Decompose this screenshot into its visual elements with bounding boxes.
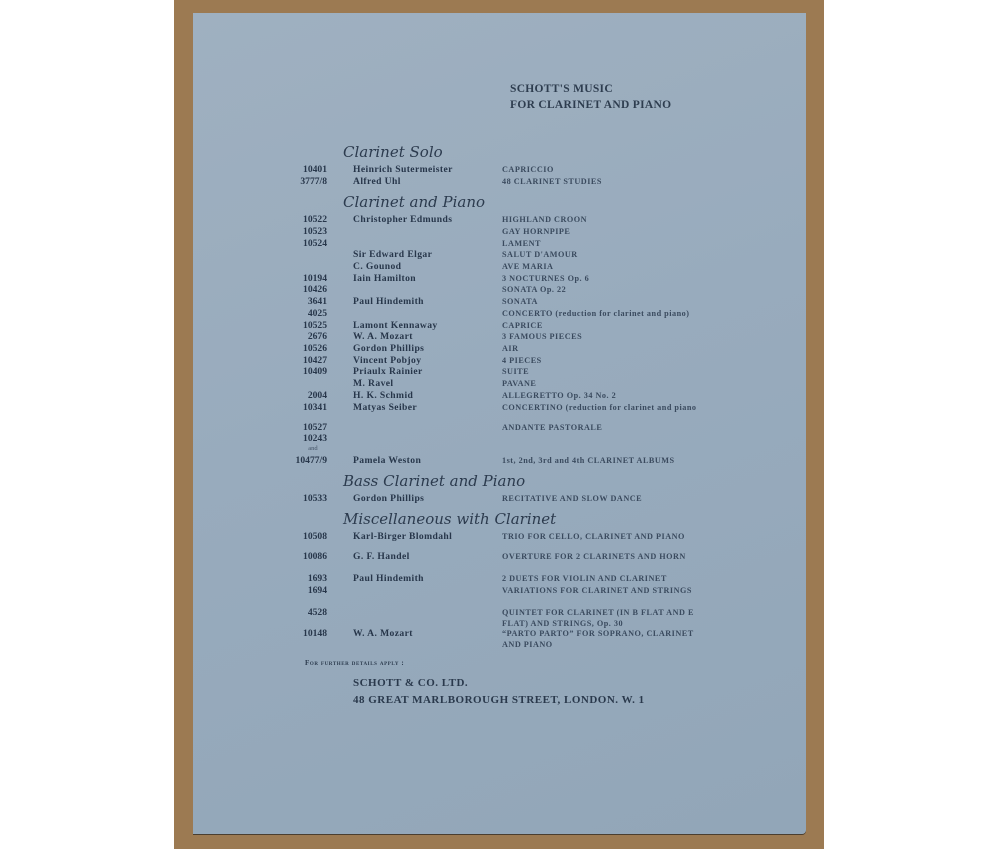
- composer-name: Alfred Uhl: [353, 176, 401, 187]
- work-title: RECITATIVE AND SLOW DANCE: [502, 493, 712, 504]
- catalog-number: 4025: [289, 308, 327, 319]
- catalog-number: 3777/8: [289, 176, 327, 187]
- work-title: LAMENT: [502, 238, 712, 249]
- composer-name: H. K. Schmid: [353, 390, 413, 401]
- composer-name: Iain Hamilton: [353, 273, 416, 284]
- header-line-2: FOR CLARINET AND PIANO: [510, 99, 671, 111]
- catalog-number: 10524: [289, 238, 327, 249]
- catalog-number: 2676: [289, 331, 327, 342]
- catalog-number: 10508: [289, 531, 327, 542]
- work-title: 3 FAMOUS PIECES: [502, 331, 712, 342]
- catalog-number: 10477/9: [289, 455, 327, 466]
- catalog-number: 10243: [289, 433, 327, 444]
- publisher-name: SCHOTT & CO. LTD.: [353, 677, 468, 689]
- catalog-number: 10194: [289, 273, 327, 284]
- work-title: CONCERTINO (reduction for clarinet and p…: [502, 402, 712, 413]
- work-title: CAPRICCIO: [502, 164, 712, 175]
- work-title: QUINTET FOR CLARINET (IN B FLAT AND E FL…: [502, 607, 712, 629]
- work-title: CAPRICE: [502, 320, 712, 331]
- catalog-number: 1694: [289, 585, 327, 596]
- catalog-number: 10427: [289, 355, 327, 366]
- work-title: ALLEGRETTO Op. 34 No. 2: [502, 390, 712, 401]
- catalog-number: 10522: [289, 214, 327, 225]
- catalog-number: 10401: [289, 164, 327, 175]
- catalog-number: 10527: [289, 422, 327, 433]
- work-title: AVE MARIA: [502, 261, 712, 272]
- work-title: “PARTO PARTO” FOR SOPRANO, CLARINET AND …: [502, 628, 712, 650]
- catalog-number: 10148: [289, 628, 327, 639]
- catalog-number: 10426: [289, 284, 327, 295]
- catalog-number: 10526: [289, 343, 327, 354]
- work-title: GAY HORNPIPE: [502, 226, 712, 237]
- work-title: PAVANE: [502, 378, 712, 389]
- work-title: SALUT D'AMOUR: [502, 249, 712, 260]
- work-title: SONATA Op. 22: [502, 284, 712, 295]
- composer-name: W. A. Mozart: [353, 331, 413, 342]
- catalog-number: 4528: [289, 607, 327, 618]
- composer-name: Gordon Phillips: [353, 493, 424, 504]
- work-title: TRIO FOR CELLO, CLARINET AND PIANO: [502, 531, 712, 542]
- section-title: Bass Clarinet and Piano: [343, 472, 525, 490]
- catalog-number: 2004: [289, 390, 327, 401]
- work-title: ANDANTE PASTORALE: [502, 422, 712, 433]
- work-title: 1st, 2nd, 3rd and 4th CLARINET ALBUMS: [502, 455, 742, 466]
- section-title: Clarinet Solo: [343, 143, 443, 161]
- work-title: 2 DUETS FOR VIOLIN AND CLARINET: [502, 573, 712, 584]
- catalog-number: 10409: [289, 366, 327, 377]
- work-title: VARIATIONS FOR CLARINET AND STRINGS: [502, 585, 712, 596]
- work-title: 48 CLARINET STUDIES: [502, 176, 712, 187]
- work-title: AIR: [502, 343, 712, 354]
- section-title: Clarinet and Piano: [343, 193, 485, 211]
- composer-name: Paul Hindemith: [353, 296, 424, 307]
- composer-name: Gordon Phillips: [353, 343, 424, 354]
- composer-name: G. F. Handel: [353, 551, 410, 562]
- composer-name: C. Gounod: [353, 261, 401, 272]
- catalog-number: 1693: [289, 573, 327, 584]
- catalog-number: 10341: [289, 402, 327, 413]
- work-title: OVERTURE FOR 2 CLARINETS AND HORN: [502, 551, 712, 562]
- work-title: 4 PIECES: [502, 355, 712, 366]
- work-title: SUITE: [502, 366, 712, 377]
- composer-name: Matyas Seiber: [353, 402, 417, 413]
- catalog-number: 10533: [289, 493, 327, 504]
- apply-note: For further details apply :: [305, 659, 404, 667]
- composer-name: Vincent Pobjoy: [353, 355, 421, 366]
- composer-name: M. Ravel: [353, 378, 394, 389]
- composer-name: Sir Edward Elgar: [353, 249, 432, 260]
- composer-name: Christopher Edmunds: [353, 214, 452, 225]
- catalog-number: 10525: [289, 320, 327, 331]
- publisher-address: 48 GREAT MARLBOROUGH STREET, LONDON. W. …: [353, 694, 645, 706]
- composer-name: Pamela Weston: [353, 455, 421, 466]
- section-title: Miscellaneous with Clarinet: [343, 510, 556, 528]
- header-line-1: SCHOTT'S MUSIC: [510, 83, 613, 95]
- catalog-sheet: [193, 13, 806, 834]
- work-title: SONATA: [502, 296, 712, 307]
- work-title: CONCERTO (reduction for clarinet and pia…: [502, 308, 742, 319]
- composer-name: Priaulx Rainier: [353, 366, 423, 377]
- composer-name: Heinrich Sutermeister: [353, 164, 453, 175]
- work-title: HIGHLAND CROON: [502, 214, 712, 225]
- composer-name: Paul Hindemith: [353, 573, 424, 584]
- composer-name: Karl-Birger Blomdahl: [353, 531, 452, 542]
- catalog-number: 3641: [289, 296, 327, 307]
- catalog-number: 10523: [289, 226, 327, 237]
- and-label: and: [299, 445, 327, 452]
- catalog-number: 10086: [289, 551, 327, 562]
- work-title: 3 NOCTURNES Op. 6: [502, 273, 712, 284]
- composer-name: W. A. Mozart: [353, 628, 413, 639]
- composer-name: Lamont Kennaway: [353, 320, 438, 331]
